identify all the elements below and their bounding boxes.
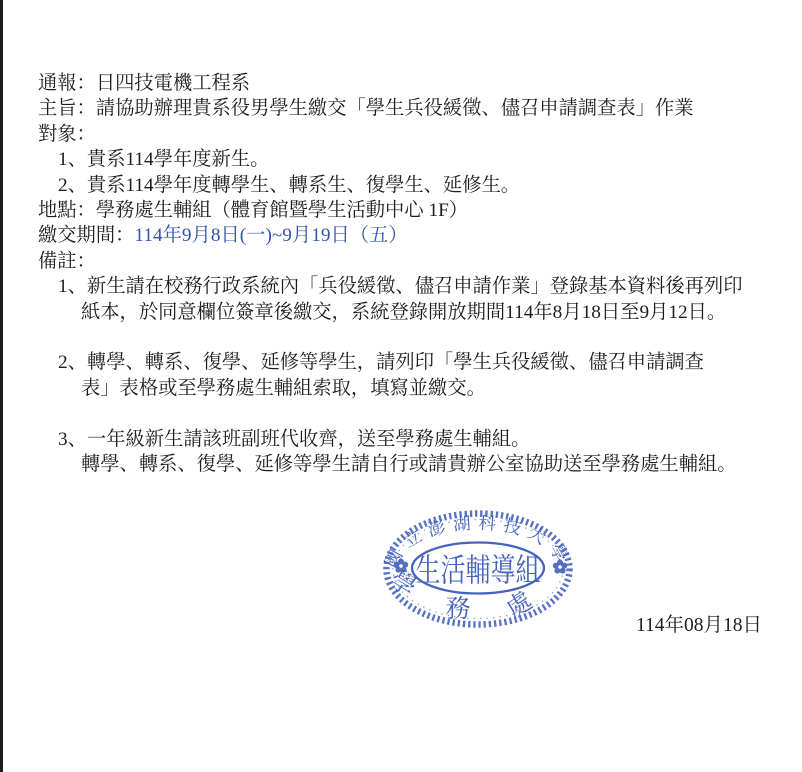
notes-label: 備註： [38,249,792,274]
document-page: 通報：日四技電機工程系 主旨：請協助辦理貴系役男學生繳交「學生兵役緩徵、儘召申請… [0,0,802,772]
note-1-line-2: 紙本，於同意欄位簽章後繳交，系統登錄開放期間114年8月18日至9月12日。 [38,300,792,325]
note-2-line-1: 2、轉學、轉系、復學、延修等學生，請列印「學生兵役緩徵、儘召申請調查 [38,350,792,375]
subject-line: 主旨：請協助辦理貴系役男學生繳交「學生兵役緩徵、儘召申請調查表」作業 [38,96,792,121]
target-item-1: 1、貴系114學年度新生。 [38,147,792,172]
issue-date: 114年08月18日 [636,609,762,637]
target-label: 對象： [38,122,792,147]
note-2-line-2: 表」表格或至學務處生輔組索取，填寫並繳交。 [38,376,792,401]
target-item-2: 2、貴系114學年度轉學生、轉系生、復學生、延修生。 [38,173,792,198]
notice-body: 通報：日四技電機工程系 主旨：請協助辦理貴系役男學生繳交「學生兵役緩徵、儘召申請… [38,71,792,477]
note-1-line-1: 1、新生請在校務行政系統內「兵役緩徵、儘召申請作業」登錄基本資料後再列印 [38,274,792,299]
recipient-line: 通報：日四技電機工程系 [38,71,792,96]
stamp-center-text: 生活輔導組 [416,553,541,589]
official-seal-stamp: 國立澎湖科技大學 生活輔導組 學務處 [378,500,578,638]
note-3-line-2: 轉學、轉系、復學、延修等學生請自行或請貴辦公室協助送至學務處生輔組。 [38,452,792,477]
note-3-line-1: 3、一年級新生請該班副班代收齊，送至學務處生輔組。 [38,427,792,452]
deadline-value: 114年9月8日(一)~9月19日（五） [134,225,407,246]
seal-stamp-graphic: 國立澎湖科技大學 生活輔導組 學務處 [378,500,578,638]
deadline-label: 繳交期間： [38,225,134,246]
note-item-3: 3、一年級新生請該班副班代收齊，送至學務處生輔組。 轉學、轉系、復學、延修等學生… [38,427,792,478]
deadline-line: 繳交期間：114年9月8日(一)~9月19日（五） [38,223,792,248]
note-item-2: 2、轉學、轉系、復學、延修等學生，請列印「學生兵役緩徵、儘召申請調查 表」表格或… [38,350,792,401]
location-line: 地點：學務處生輔組（體育館暨學生活動中心 1F） [38,198,792,223]
note-item-1: 1、新生請在校務行政系統內「兵役緩徵、儘召申請作業」登錄基本資料後再列印 紙本，… [38,274,792,325]
